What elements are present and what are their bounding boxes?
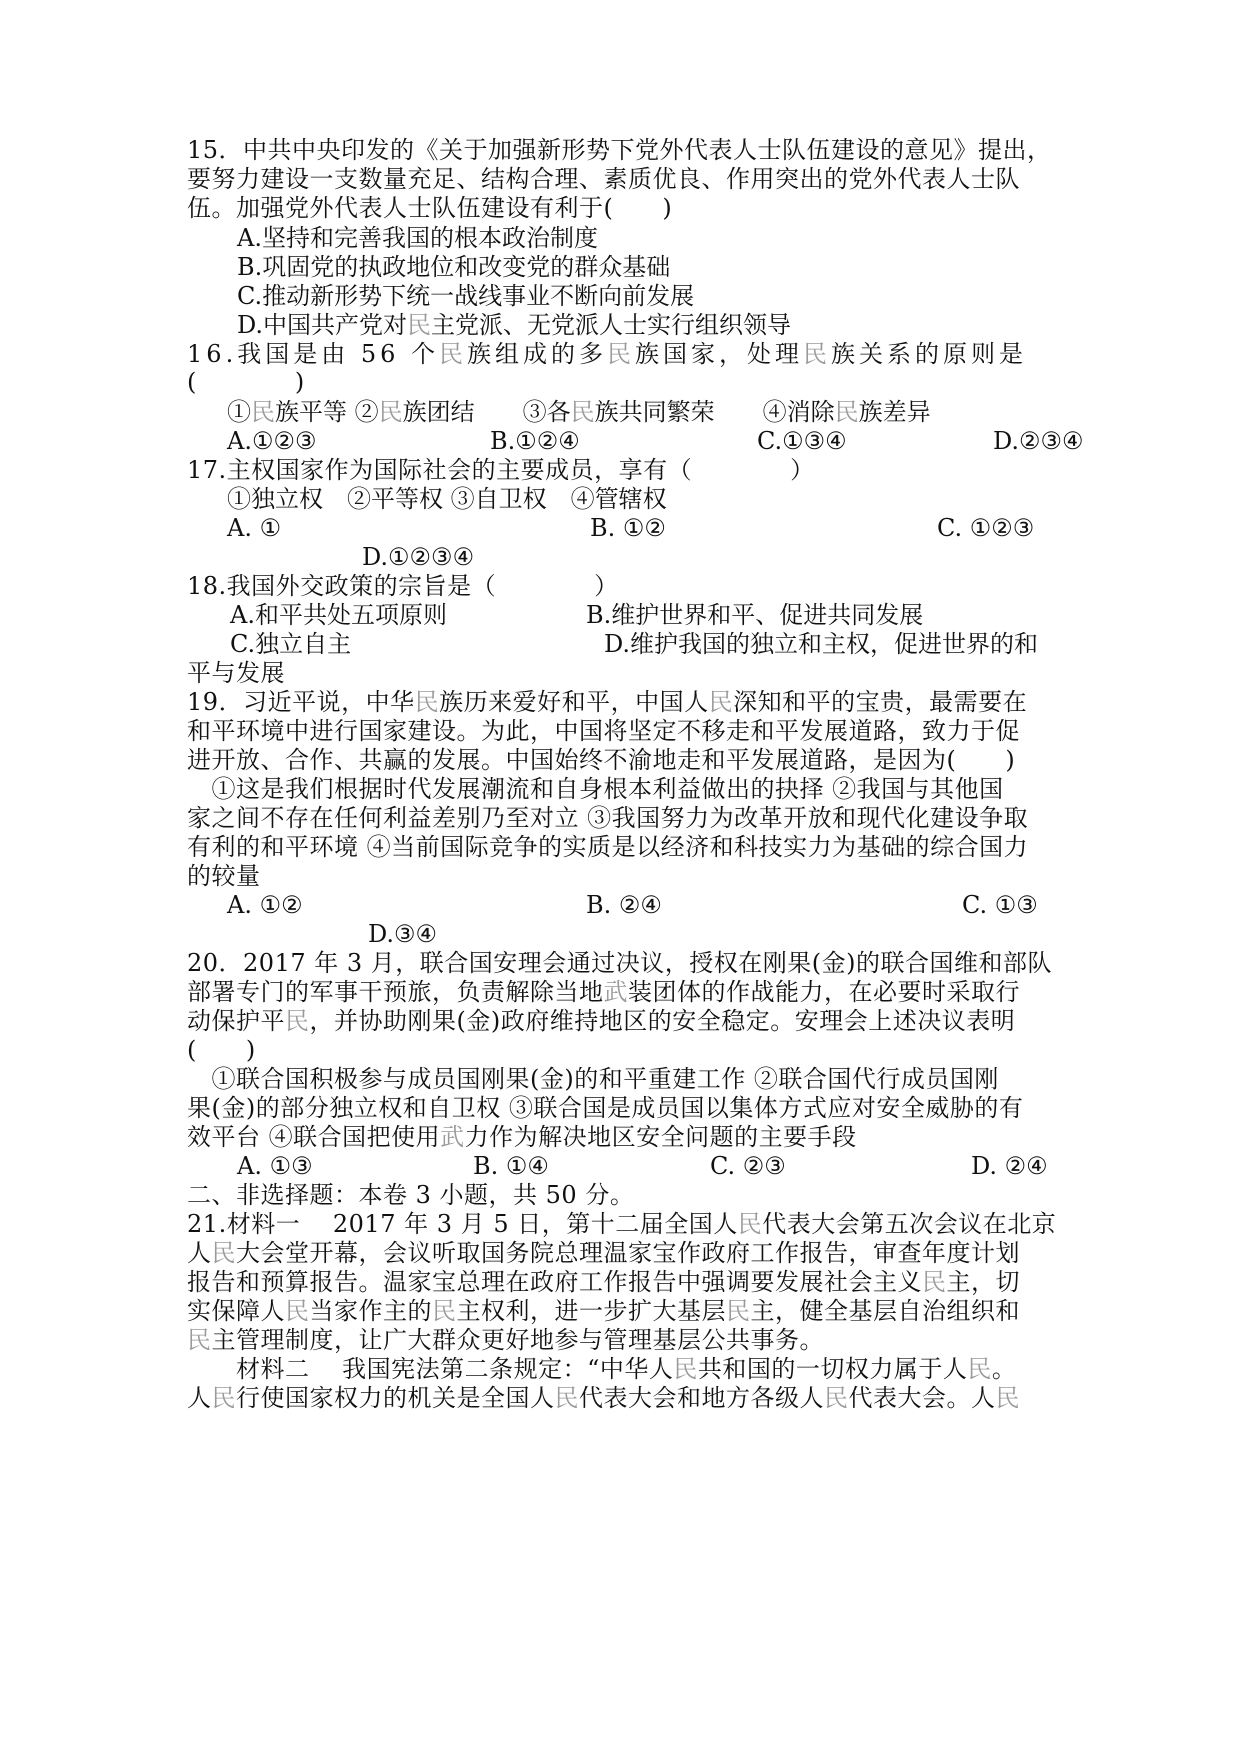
q17-option-d: D.①②③④ [362,541,474,573]
q19-items-line-4: 的较量 [187,860,1067,892]
q19-option-a: A. ①② [227,889,303,921]
q19-option-b: B. ②④ [586,889,662,921]
q17-option-b: B. ①② [590,512,666,544]
faded-glyph: 武 [440,1123,465,1151]
q16-option-d: D.②③④ [993,425,1084,457]
q20-stem-line-1: 20．2017 年 3 月，联合国安理会通过决议，授权在刚果(金)的联合国维和部… [187,947,1067,979]
q15-stem-line-1: 15．中共中央印发的《关于加强新形势下党外代表人士队伍建设的意见》提出， [187,134,1067,166]
q17-stem: 17.主权国家作为国际社会的主要成员，享有（ ） [187,454,1067,486]
faded-glyph: 民 [285,1007,310,1035]
faded-glyph: 民 [212,1384,237,1412]
faded-glyph: 民 [673,1355,698,1383]
q16-items: ①民族平等 ②民族团结 ③各民族共同繁荣 ④消除民族差异 [227,396,931,428]
q18-option-c: C.独立自主 [230,628,351,660]
q15-option-b: B.巩固党的执政地位和改变党的群众基础 [237,251,670,283]
q20-stem-line-3: 动保护平民，并协助刚果(金)政府维持地区的安全稳定。安理会上述决议表明 [187,1005,1067,1037]
faded-glyph: 民 [187,1326,212,1354]
q15-stem-line-2: 要努力建设一支数量充足、结构合理、素质优良、作用突出的党外代表人士队 [187,163,1067,195]
q16-option-c: C.①③④ [757,425,847,457]
q21-material-1-line-2: 人民大会堂开幕，会议听取国务院总理温家宝作政府工作报告，审查年度计划 [187,1237,1067,1269]
q16-option-a: A.①②③ [227,425,317,457]
faded-glyph: 民 [803,340,831,368]
q21-material-1-line-1: 21.材料一 2017 年 3 月 5 日，第十二届全国人民代表大会第五次会议在… [187,1208,1067,1240]
q18-option-d-continuation: 平与发展 [187,657,1067,689]
q18-option-d: D.维护我国的独立和主权，促进世界的和 [604,628,1038,660]
q15-option-a: A.坚持和完善我国的根本政治制度 [237,222,598,254]
q19-stem-line-3: 进开放、合作、共赢的发展。中国始终不渝地走和平发展道路，是因为( ) [187,744,1067,776]
q20-stem-line-2: 部署专门的军事干预旅，负责解除当地武装团体的作战能力，在必要时采取行 [187,976,1067,1008]
q17-option-a: A. ① [227,512,281,544]
faded-glyph: 民 [726,1297,751,1325]
q20-option-c: C. ②③ [710,1150,786,1182]
q19-items-line-1: ①这是我们根据时代发展潮流和自身根本利益做出的抉择 ②我国与其他国 [187,773,1067,805]
q19-option-d: D.③④ [368,918,437,950]
faded-glyph: 民 [407,311,431,339]
q21-material-1-line-5: 民主管理制度，让广大群众更好地参与管理基层公共事务。 [187,1324,1067,1356]
q18-stem: 18.我国外交政策的宗旨是（ ） [187,570,1067,602]
q16-option-b: B.①②④ [490,425,580,457]
q20-option-d: D. ②④ [971,1150,1048,1182]
faded-glyph: 民 [415,688,440,716]
section-2-heading: 二、非选择题：本卷 3 小题，共 50 分。 [187,1179,1067,1211]
q20-option-a: A. ①③ [237,1150,313,1182]
q20-option-b: B. ①④ [473,1150,549,1182]
exam-page: 15．中共中央印发的《关于加强新形势下党外代表人士队伍建设的意见》提出， 要努力… [0,0,1241,1754]
faded-glyph: 民 [432,1297,457,1325]
faded-glyph: 民 [285,1297,310,1325]
q18-option-a: A.和平共处五项原则 [230,599,447,631]
q21-material-1-line-3: 报告和预算报告。温家宝总理在政府工作报告中强调要发展社会主义民主，切 [187,1266,1067,1298]
faded-glyph: 民 [922,1268,947,1296]
q21-material-2-line-1: 材料二 我国宪法第二条规定：“中华人民共和国的一切权力属于人民。 [187,1353,1067,1385]
q19-items-line-3: 有利的和平环境 ④当前国际竞争的实质是以经济和科技实力为基础的综合国力 [187,831,1067,863]
q15-option-c: C.推动新形势下统一战线事业不断向前发展 [237,280,694,312]
q18-option-b: B.维护世界和平、促进共同发展 [586,599,923,631]
q19-option-c: C. ①③ [962,889,1038,921]
q17-items: ①独立权 ②平等权 ③自卫权 ④管辖权 [227,483,667,515]
q19-stem-line-1: 19．习近平说，中华民族历来爱好和平，中国人民深知和平的宝贵，最需要在 [187,686,1067,718]
q15-option-d: D.中国共产党对民主党派、无党派人士实行组织领导 [237,309,791,341]
faded-glyph: 民 [738,1210,763,1238]
q19-stem-line-2: 和平环境中进行国家建设。为此，中国将坚定不移走和平发展道路，致力于促 [187,715,1067,747]
faded-glyph: 民 [571,398,595,426]
faded-glyph: 民 [212,1239,237,1267]
q16-stem-line-2: ( ) [187,366,1067,398]
q20-items-line-1: ①联合国积极参与成员国刚果(金)的和平重建工作 ②联合国代行成员国刚 [187,1063,1067,1095]
faded-glyph: 武 [604,978,629,1006]
faded-glyph: 民 [379,398,403,426]
faded-glyph: 民 [835,398,859,426]
q21-material-1-line-4: 实保障人民当家作主的民主权利，进一步扩大基层民主，健全基层自治组织和 [187,1295,1067,1327]
q20-stem-line-4: ( ) [187,1034,1067,1066]
faded-glyph: 民 [709,688,734,716]
q20-items-line-2: 果(金)的部分独立权和自卫权 ③联合国是成员国以集体方式应对安全威胁的有 [187,1092,1067,1124]
faded-glyph: 民 [555,1384,580,1412]
q21-material-2-line-2: 人民行使国家权力的机关是全国人民代表大会和地方各级人民代表大会。人民 [187,1382,1067,1414]
faded-glyph: 民 [996,1384,1021,1412]
faded-glyph: 民 [251,398,275,426]
faded-glyph: 民 [824,1384,849,1412]
q15-stem-line-3: 伍。加强党外代表人士队伍建设有利于( ) [187,192,1067,224]
q17-option-c: C. ①②③ [937,512,1034,544]
faded-glyph: 民 [967,1355,992,1383]
q19-items-line-2: 家之间不存在任何利益差别乃至对立 ③我国努力为改革开放和现代化建设争取 [187,802,1067,834]
faded-glyph: 民 [439,340,467,368]
faded-glyph: 民 [607,340,635,368]
q20-items-line-3: 效平台 ④联合国把使用武力作为解决地区安全问题的主要手段 [187,1121,1067,1153]
